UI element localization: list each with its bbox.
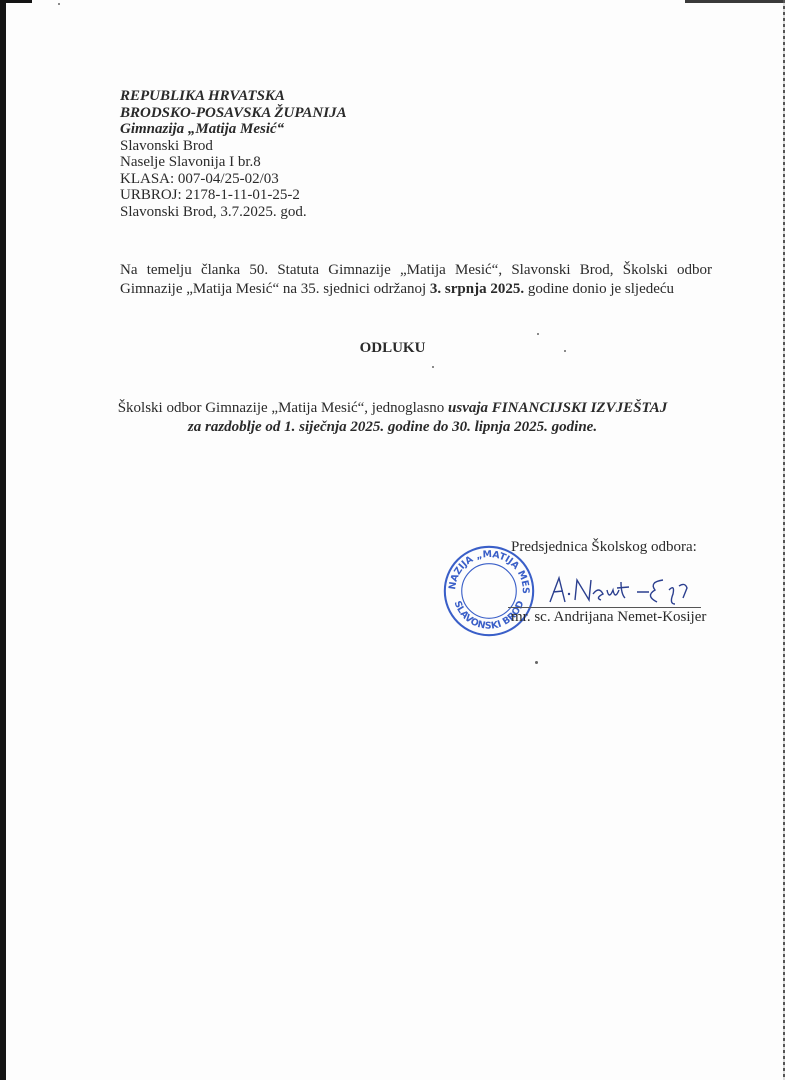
country-name: REPUBLIKA HRVATSKA [120, 88, 347, 105]
intro-line-2-end: godine donio je sljedeću [524, 281, 674, 297]
decision-text: Školski odbor Gimnazije „Matija Mesić“, … [0, 399, 785, 437]
signature-line [508, 607, 701, 608]
scan-border-top-right [685, 0, 785, 3]
school-name: Gimnazija „Matija Mesić“ [120, 121, 347, 138]
decision-period: za razdoblje od 1. siječnja 2025. godine… [0, 418, 785, 437]
intro-line-2-start: Gimnazije „Matija Mesić“ na 35. sjednici… [120, 281, 430, 297]
scan-border-top [0, 0, 32, 3]
scan-border-left [0, 0, 6, 1080]
address: Naselje Slavonija I br.8 [120, 154, 347, 171]
scan-speck [58, 3, 60, 5]
urbroj: URBROJ: 2178-1-11-01-25-2 [120, 187, 347, 204]
scan-speck [535, 661, 538, 664]
scan-speck [432, 366, 434, 368]
scan-speck [564, 350, 566, 352]
handwritten-signature [545, 572, 695, 608]
scan-speck [537, 333, 539, 335]
signatory-role: Predsjednica Školskog odbora: [511, 539, 697, 556]
intro-line-1: Na temelju članka 50. Statuta Gimnazije … [120, 261, 712, 280]
document-title: ODLUKU [0, 340, 785, 357]
county-name: BRODSKO-POSAVSKA ŽUPANIJA [120, 105, 347, 122]
letterhead: REPUBLIKA HRVATSKA BRODSKO-POSAVSKA ŽUPA… [120, 88, 347, 220]
intro-paragraph: Na temelju članka 50. Statuta Gimnazije … [120, 261, 712, 299]
decision-start: Školski odbor Gimnazije „Matija Mesić“, … [118, 400, 448, 416]
decision-emphasis: usvaja FINANCIJSKI IZVJEŠTAJ [448, 400, 667, 416]
klasa: KLASA: 007-04/25-02/03 [120, 171, 347, 188]
city: Slavonski Brod [120, 138, 347, 155]
session-date: 3. srpnja 2025. [430, 281, 524, 297]
signatory-name: mr. sc. Andrijana Nemet-Kosijer [511, 609, 706, 626]
place-date: Slavonski Brod, 3.7.2025. god. [120, 204, 347, 221]
